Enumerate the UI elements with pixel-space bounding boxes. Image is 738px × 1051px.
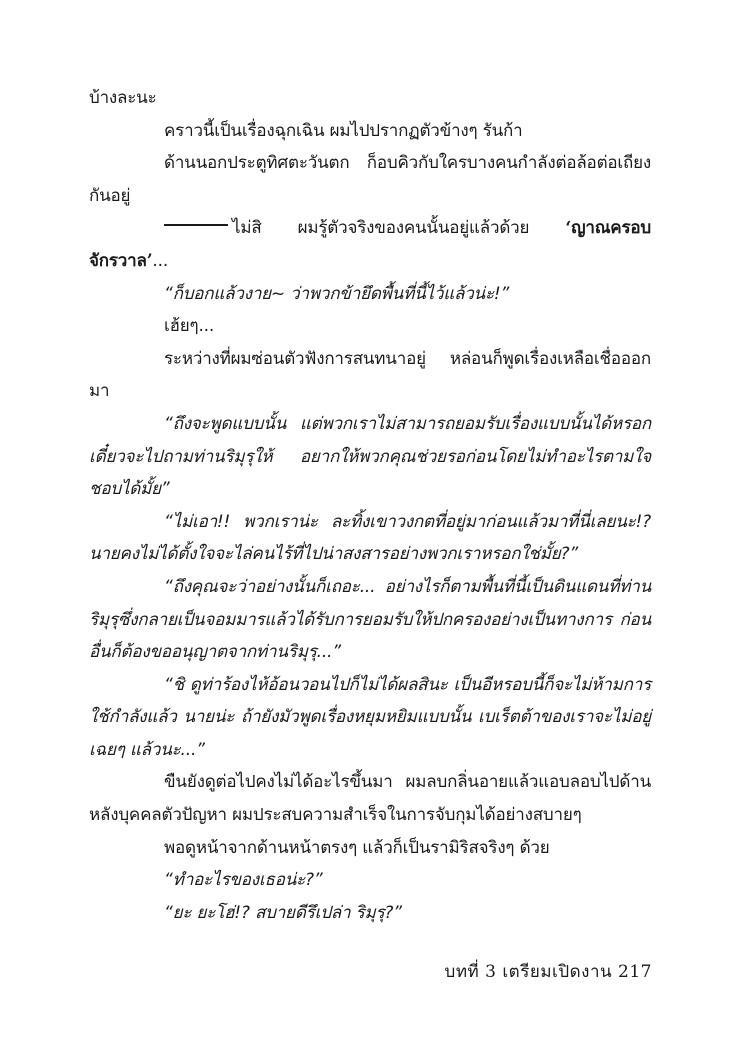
- ellipsis: ...: [152, 251, 168, 271]
- dialogue-paragraph: “ไม่เอา!! พวกเราน่ะ ละทิ้งเขาวงกตที่อยู่…: [89, 506, 651, 571]
- paragraph-with-term: ไม่สิ ผมรู้ตัวจริงของคนนั้นอยู่แล้วด้วย …: [89, 212, 651, 277]
- dialogue-paragraph: “ก็บอกแล้วงาย~ ว่าพวกข้ายึดพื้นที่นี้ไว้…: [89, 278, 651, 311]
- book-page-body: บ้างละนะ คราวนี้เป็นเรื่องฉุกเฉิน ผมไปปร…: [89, 82, 651, 929]
- paragraph: เฮ้ยๆ...: [89, 310, 651, 343]
- paragraph: บ้างละนะ: [89, 82, 651, 115]
- dialogue-paragraph: “ชิ ดูท่าร้องไห้อ้อนวอนไปก็ไม่ได้ผลสินะ …: [89, 669, 651, 767]
- page-number: 217: [618, 962, 652, 982]
- dialogue-paragraph: “ถึงจะพูดแบบนั้น แต่พวกเราไม่สามารถยอมรั…: [89, 408, 651, 506]
- paragraph: ระหว่างที่ผมซ่อนตัวฟังการสนทนาอยู่ หล่อน…: [89, 343, 651, 408]
- paragraph: คราวนี้เป็นเรื่องฉุกเฉิน ผมไปปรากฏตัวข้า…: [89, 115, 651, 148]
- paragraph: พอดูหน้าจากด้านหน้าตรงๆ แล้วก็เป็นรามิริ…: [89, 832, 651, 865]
- paragraph-text: ไม่สิ ผมรู้ตัวจริงของคนนั้นอยู่แล้วด้วย: [232, 218, 565, 238]
- dialogue-paragraph: “ยะ ยะโฮ่!? สบายดีรึเปล่า ริมุรุ?”: [89, 897, 651, 930]
- em-dash-rule: [164, 224, 228, 226]
- dialogue-paragraph: “ถึงคุณจะว่าอย่างนั้นก็เถอะ... อย่างไรก็…: [89, 571, 651, 669]
- dialogue-paragraph: “ทำอะไรของเธอน่ะ?”: [89, 864, 651, 897]
- paragraph: ด้านนอกประตูทิศตะวันตก ก็อบคิวกับใครบางค…: [89, 147, 651, 212]
- page-footer: บทที่ 3 เตรียมเปิดงาน 217: [400, 958, 652, 985]
- paragraph: ขืนยังดูต่อไปคงไม่ได้อะไรขึ้นมา ผมลบกลิ่…: [89, 766, 651, 831]
- chapter-title: บทที่ 3 เตรียมเปิดงาน: [445, 962, 613, 982]
